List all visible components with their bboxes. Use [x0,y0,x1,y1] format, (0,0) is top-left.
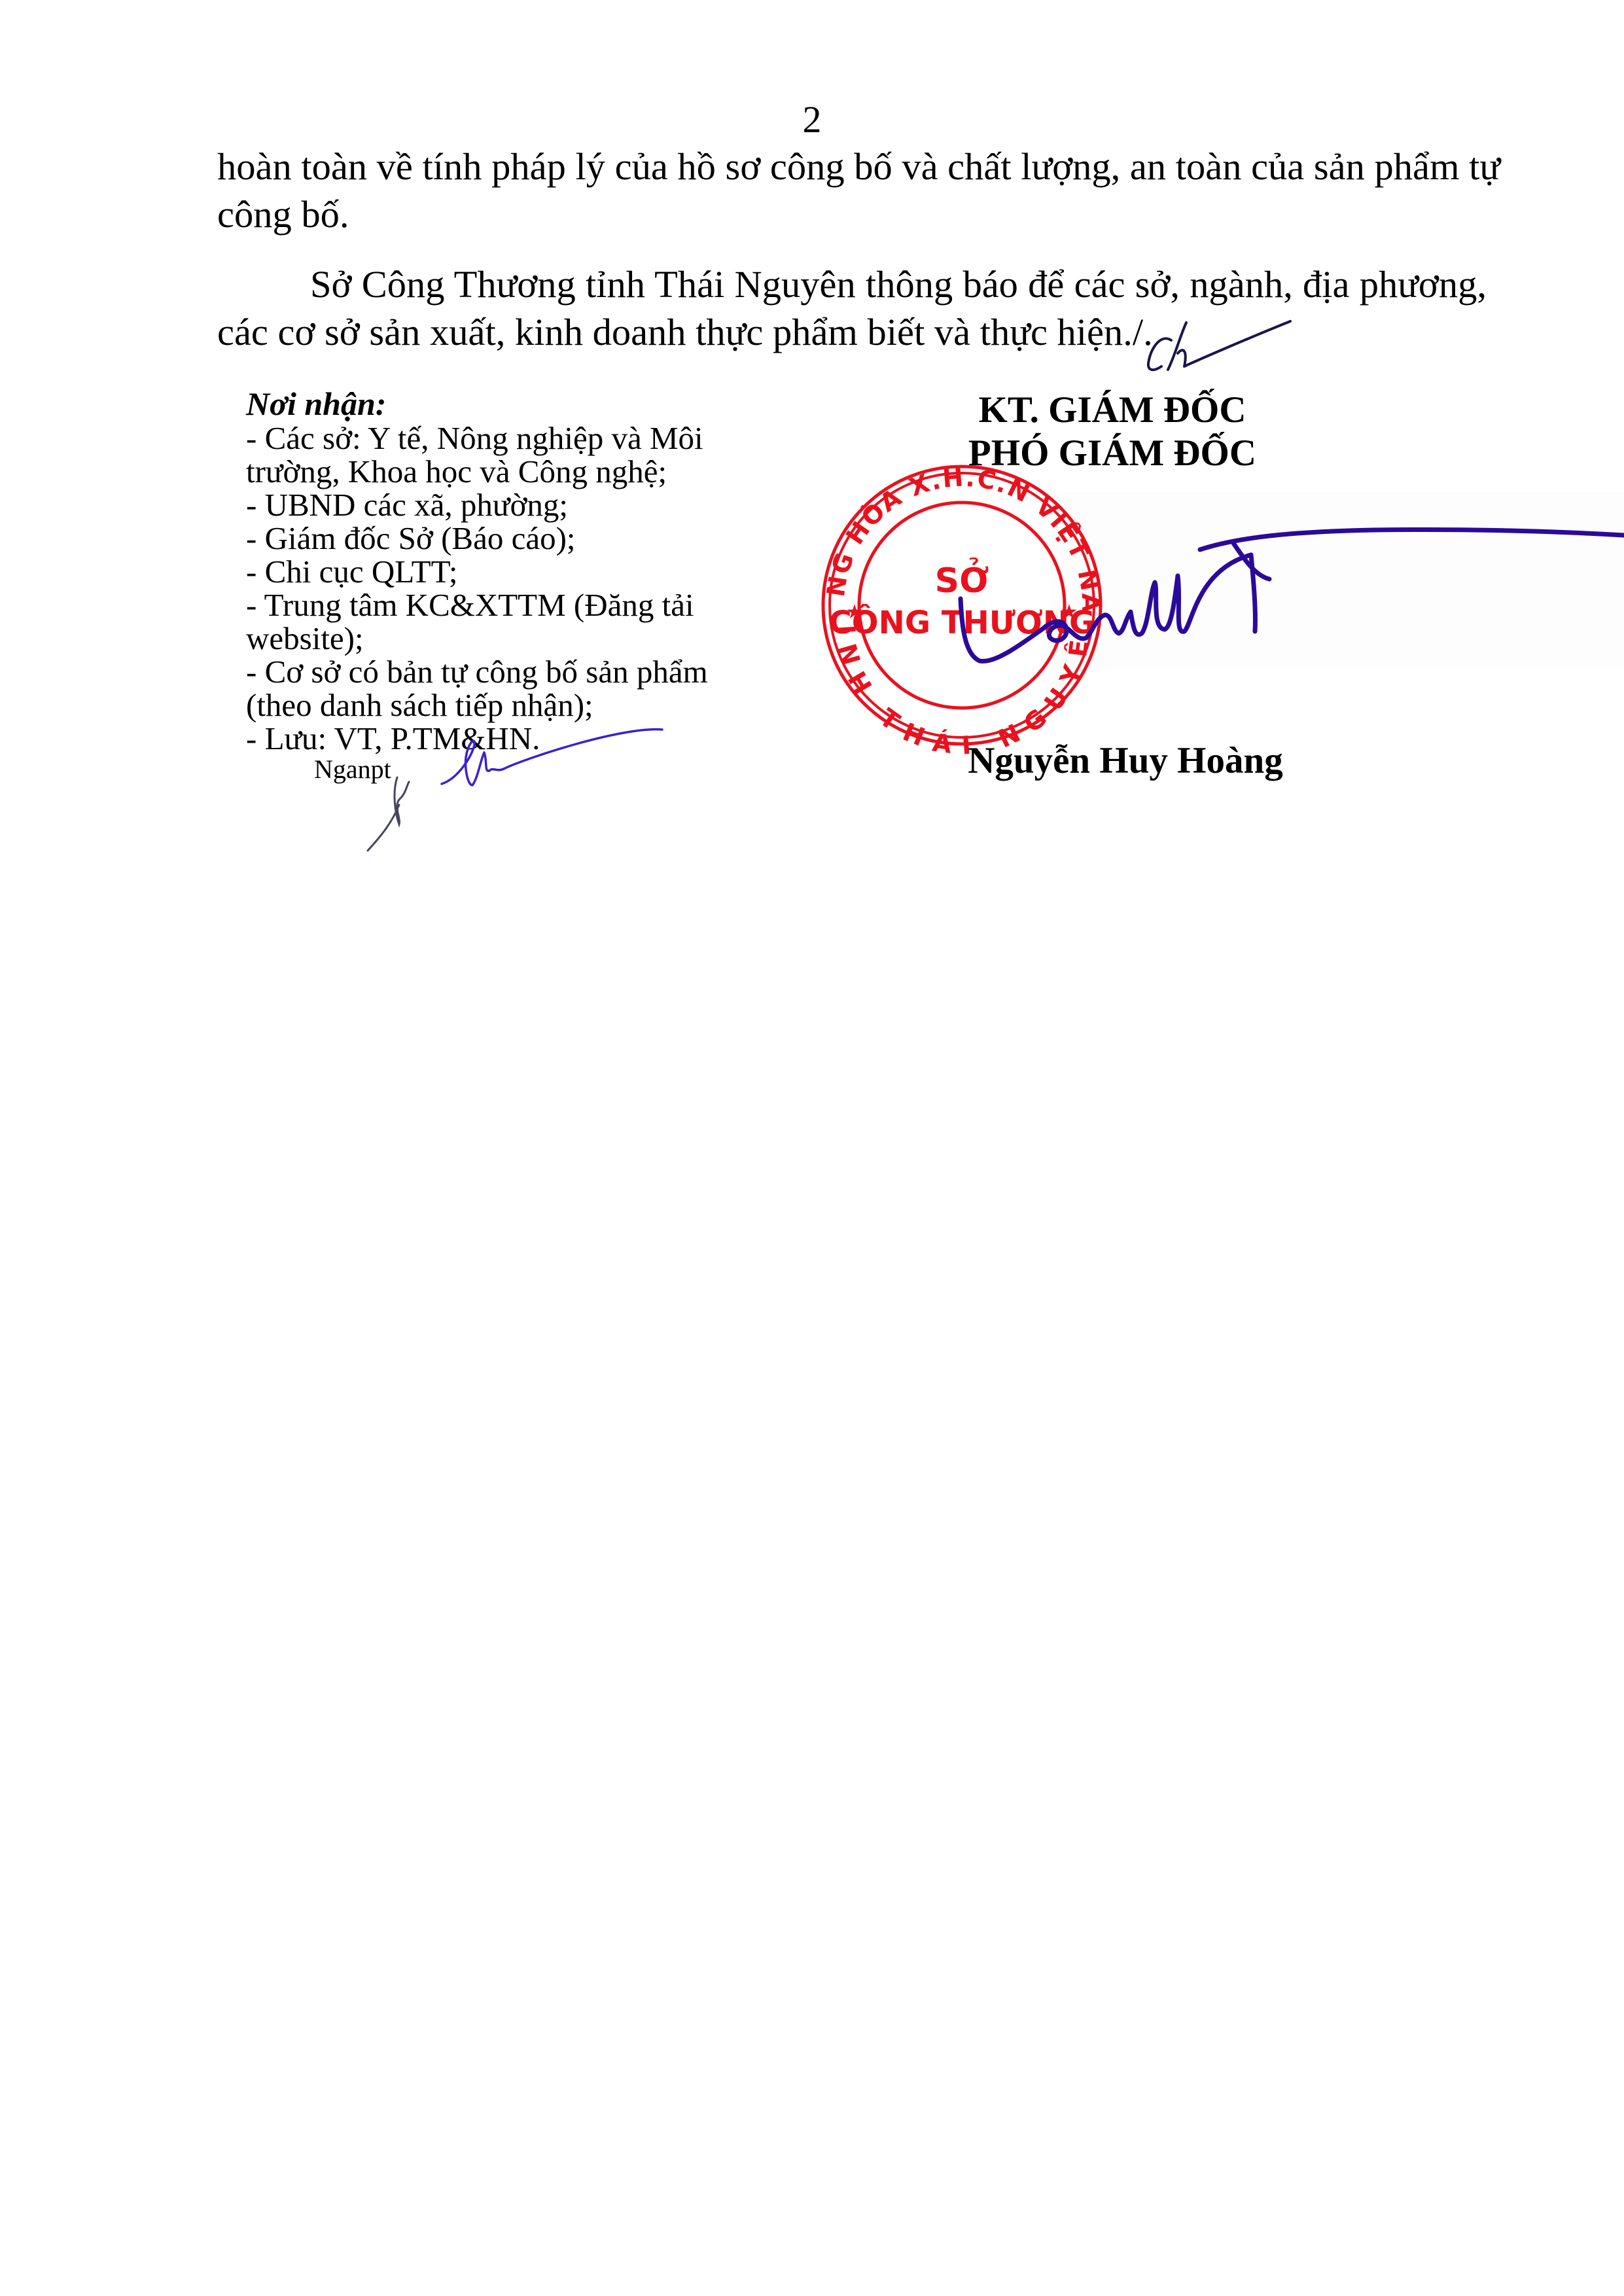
recipients-list: Nơi nhận: - Các sở: Y tế, Nông nghiệp và… [246,386,717,784]
recipient-item: - Giám đốc Sở (Báo cáo); [246,521,717,555]
recipient-item: - Trung tâm KC&XTTM (Đăng tải website); [246,588,717,655]
recipient-item: - Các sở: Y tế, Nông nghiệp và Môi trườn… [246,421,717,488]
signer-name: Nguyễn Huy Hoàng [896,739,1354,783]
paragraph-1-line-1: hoàn toàn về tính pháp lý của hồ sơ công… [217,143,1487,190]
recipient-item: - UBND các xã, phường; [246,488,717,521]
drafter-signature-icon [368,777,409,851]
signature-image-background [1050,492,1624,669]
recipient-item: - Cơ sở có bản tự công bố sản phẩm (theo… [246,655,717,722]
page-number: 2 [0,97,1624,143]
seal-star-left-icon: ★ [846,601,864,624]
body-paragraph-1: hoàn toàn về tính pháp lý của hồ sơ công… [217,143,1487,238]
drafter-initials: Nganpt [314,755,717,784]
recipient-item: - Chi cục QLTT; [246,555,717,588]
signer-title-line-2: PHÓ GIÁM ĐỐC [864,432,1361,475]
paragraph-2-line-1: Sở Công Thương tỉnh Thái Nguyên thông bá… [217,260,1487,308]
recipients-heading: Nơi nhận: [246,386,717,421]
recipient-item: - Lưu: VT, P.TM&HN. [246,722,717,755]
body-paragraph-2: Sở Công Thương tỉnh Thái Nguyên thông bá… [217,260,1487,356]
paragraph-1-line-2: công bố. [217,190,1487,238]
paragraph-2-line-2: các cơ sở sản xuất, kinh doanh thực phẩm… [217,308,1487,356]
document-page: 2 hoàn toàn về tính pháp lý của hồ sơ cô… [0,0,1624,2296]
signer-title-line-1: KT. GIÁM ĐỐC [864,389,1361,432]
seal-center-line-1: SỞ [935,557,989,601]
